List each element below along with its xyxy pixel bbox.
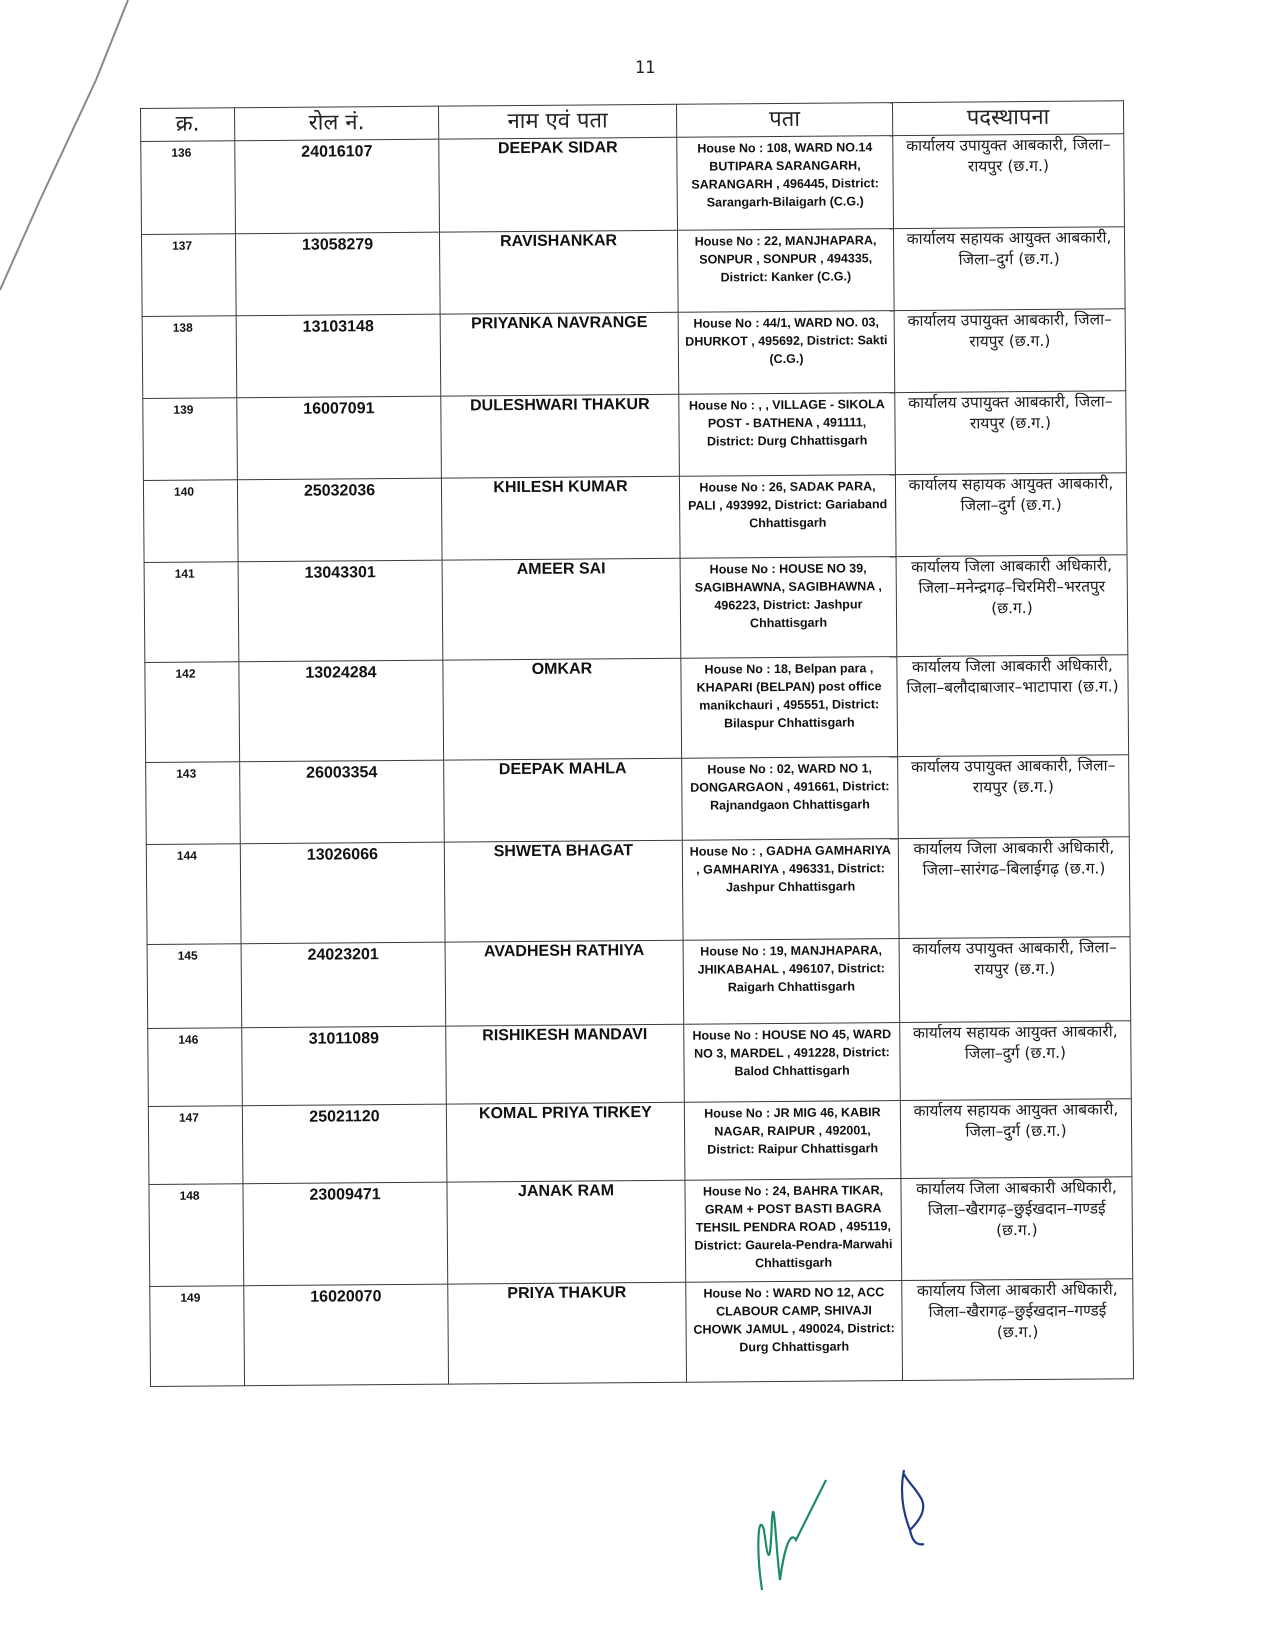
address-cell: House No : 22, MANJHAPARA, SONPUR , SONP… <box>677 229 894 313</box>
candidate-name-cell: RAVISHANKAR <box>439 230 678 314</box>
candidate-name-cell: KHILESH KUMAR <box>441 476 680 560</box>
address-cell: House No : 19, MANJHAPARA, JHIKABAHAL , … <box>683 939 900 1025</box>
header-name: नाम एवं पता <box>438 104 676 139</box>
table-row: 14213024284OMKARHouse No : 18, Belpan pa… <box>145 655 1129 763</box>
candidate-name-cell: KOMAL PRIYA TIRKEY <box>446 1102 685 1182</box>
header-serial: क्र. <box>141 108 235 142</box>
table-row: 14823009471JANAK RAMHouse No : 24, BAHRA… <box>149 1177 1133 1287</box>
table-row: 13713058279RAVISHANKARHouse No : 22, MAN… <box>141 227 1125 317</box>
posting-cell: कार्यालय सहायक आयुक्त आबकारी, जिला–दुर्ग… <box>900 1099 1132 1179</box>
table-row: 13624016107DEEPAK SIDARHouse No : 108, W… <box>141 134 1125 235</box>
serial-number-cell: 136 <box>141 141 236 235</box>
address-cell: House No : 108, WARD NO.14 BUTIPARA SARA… <box>677 136 894 231</box>
posting-cell: कार्यालय सहायक आयुक्त आबकारी, जिला–दुर्ग… <box>893 227 1125 311</box>
candidate-name-cell: DEEPAK MAHLA <box>444 758 683 842</box>
posting-cell: कार्यालय जिला आबकारी अधिकारी, जिला–बलौदा… <box>897 655 1129 757</box>
candidate-name-cell: DEEPAK SIDAR <box>439 137 678 232</box>
table-body: 13624016107DEEPAK SIDARHouse No : 108, W… <box>141 134 1134 1387</box>
header-address: पता <box>676 103 892 138</box>
candidate-name-cell: JANAK RAM <box>447 1180 686 1284</box>
posting-cell: कार्यालय जिला आबकारी अधिकारी, जिला–सारंग… <box>898 837 1130 939</box>
address-cell: House No : WARD NO 12, ACC CLABOUR CAMP,… <box>686 1281 903 1383</box>
roll-number-cell: 13103148 <box>236 314 441 398</box>
address-cell: House No : HOUSE NO 39, SAGIBHAWNA, SAGI… <box>680 557 897 659</box>
roll-number-cell: 25032036 <box>237 478 442 562</box>
roll-number-cell: 16007091 <box>237 396 442 480</box>
candidate-name-cell: AMEER SAI <box>442 558 681 660</box>
serial-number-cell: 145 <box>147 944 242 1029</box>
page-number: 11 <box>0 58 1275 78</box>
serial-number-cell: 138 <box>142 316 237 399</box>
appointment-table: क्र. रोल नं. नाम एवं पता पता पदस्थापना 1… <box>140 100 1134 1387</box>
candidate-name-cell: AVADHESH RATHIYA <box>445 940 684 1026</box>
roll-number-cell: 13058279 <box>235 232 440 316</box>
serial-number-cell: 137 <box>141 234 236 317</box>
roll-number-cell: 24016107 <box>235 139 440 234</box>
table-row: 14524023201AVADHESH RATHIYAHouse No : 19… <box>147 937 1131 1029</box>
posting-cell: कार्यालय उपायुक्त आबकारी, जिला–रायपुर (छ… <box>893 134 1125 229</box>
posting-cell: कार्यालय जिला आबकारी अधिकारी, जिला–मनेन्… <box>896 555 1128 657</box>
candidate-name-cell: OMKAR <box>443 658 682 760</box>
address-cell: House No : 26, SADAK PARA, PALI , 493992… <box>679 475 896 559</box>
serial-number-cell: 140 <box>143 480 238 563</box>
signature-green-icon <box>758 1480 826 1590</box>
roll-number-cell: 31011089 <box>242 1026 447 1106</box>
posting-cell: कार्यालय उपायुक्त आबकारी, जिला–रायपुर (छ… <box>894 309 1126 393</box>
posting-cell: कार्यालय जिला आबकारी अधिकारी, जिला–खैराग… <box>901 1177 1133 1281</box>
signatures <box>750 1470 1010 1600</box>
table-row: 14725021120KOMAL PRIYA TIRKEYHouse No : … <box>148 1099 1132 1185</box>
signature-blue-icon <box>902 1470 924 1544</box>
address-cell: House No : , , VILLAGE - SIKOLA POST - B… <box>679 393 896 477</box>
posting-cell: कार्यालय सहायक आयुक्त आबकारी, जिला–दुर्ग… <box>895 473 1127 557</box>
serial-number-cell: 142 <box>145 662 240 763</box>
address-cell: House No : 24, BAHRA TIKAR, GRAM + POST … <box>685 1179 902 1283</box>
serial-number-cell: 147 <box>148 1106 243 1185</box>
table-row: 14916020070PRIYA THAKURHouse No : WARD N… <box>150 1279 1134 1387</box>
address-cell: House No : 44/1, WARD NO. 03, DHURKOT , … <box>678 311 895 395</box>
roll-number-cell: 26003354 <box>240 760 445 844</box>
roll-number-cell: 13024284 <box>239 660 444 762</box>
serial-number-cell: 146 <box>148 1028 243 1107</box>
table-row: 14413026066SHWETA BHAGATHouse No : , GAD… <box>146 837 1130 945</box>
address-cell: House No : 02, WARD NO 1, DONGARGAON , 4… <box>682 757 899 841</box>
address-cell: House No : , GADHA GAMHARIYA , GAMHARIYA… <box>682 839 899 941</box>
serial-number-cell: 139 <box>143 398 238 481</box>
roll-number-cell: 13026066 <box>240 842 445 944</box>
table-row: 13813103148PRIYANKA NAVRANGEHouse No : 4… <box>142 309 1126 399</box>
table-row: 14631011089RISHIKESH MANDAVIHouse No : H… <box>148 1021 1132 1107</box>
table-row: 14113043301AMEER SAIHouse No : HOUSE NO … <box>144 555 1128 663</box>
table-row: 14326003354DEEPAK MAHLAHouse No : 02, WA… <box>146 755 1130 845</box>
roll-number-cell: 25021120 <box>242 1104 447 1184</box>
header-posting: पदस्थापना <box>892 101 1123 136</box>
table-row: 14025032036KHILESH KUMARHouse No : 26, S… <box>143 473 1127 563</box>
posting-cell: कार्यालय उपायुक्त आबकारी, जिला–रायपुर (छ… <box>898 755 1130 839</box>
serial-number-cell: 141 <box>144 562 239 663</box>
roll-number-cell: 13043301 <box>238 560 443 662</box>
candidate-name-cell: DULESHWARI THAKUR <box>441 394 680 478</box>
roll-number-cell: 16020070 <box>244 1284 449 1386</box>
posting-cell: कार्यालय जिला आबकारी अधिकारी, जिला–खैराग… <box>902 1279 1134 1381</box>
address-cell: House No : HOUSE NO 45, WARD NO 3, MARDE… <box>684 1023 901 1103</box>
address-cell: House No : 18, Belpan para , KHAPARI (BE… <box>681 657 898 759</box>
serial-number-cell: 148 <box>149 1184 244 1287</box>
posting-cell: कार्यालय सहायक आयुक्त आबकारी, जिला–दुर्ग… <box>900 1021 1132 1101</box>
candidate-name-cell: PRIYANKA NAVRANGE <box>440 312 679 396</box>
table-row: 13916007091DULESHWARI THAKURHouse No : ,… <box>143 391 1127 481</box>
candidate-name-cell: SHWETA BHAGAT <box>444 840 683 942</box>
serial-number-cell: 143 <box>146 762 241 845</box>
serial-number-cell: 144 <box>146 844 241 945</box>
address-cell: House No : JR MIG 46, KABIR NAGAR, RAIPU… <box>684 1101 901 1181</box>
scan-edge-line <box>0 0 140 300</box>
posting-cell: कार्यालय उपायुक्त आबकारी, जिला–रायपुर (छ… <box>899 937 1131 1023</box>
candidate-name-cell: RISHIKESH MANDAVI <box>446 1024 685 1104</box>
header-roll-no: रोल नं. <box>235 106 439 141</box>
posting-cell: कार्यालय उपायुक्त आबकारी, जिला–रायपुर (छ… <box>895 391 1127 475</box>
roll-number-cell: 24023201 <box>241 942 446 1028</box>
candidate-name-cell: PRIYA THAKUR <box>448 1282 687 1384</box>
roll-number-cell: 23009471 <box>243 1182 448 1286</box>
serial-number-cell: 149 <box>150 1286 245 1387</box>
